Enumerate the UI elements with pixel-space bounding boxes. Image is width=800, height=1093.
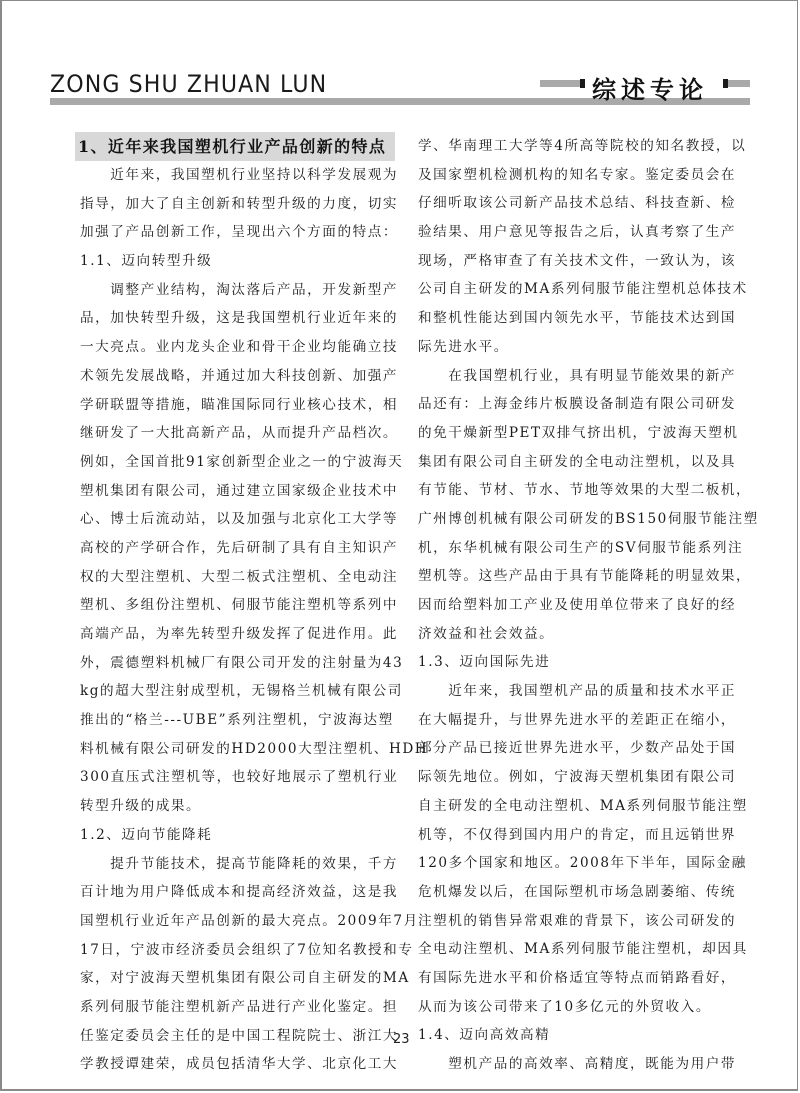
text-line: 有节能、节材、节水、节地等效果的大型二板机，	[418, 476, 740, 505]
text-line: 济效益和社会效益。	[418, 620, 740, 649]
text-line: 家，对宁波海天塑机集团有限公司自主研发的MA	[80, 964, 386, 993]
text-line: 仔细听取该公司新产品技术总结、科技查新、检	[418, 189, 740, 218]
text-line: 国塑机行业近年产品创新的最大亮点。2009年7月	[80, 907, 386, 936]
text-line: 任鉴定委员会主任的是中国工程院院士、浙江大	[80, 1022, 386, 1051]
text-line: 从而为该公司带来了10多亿元的外贸收入。	[418, 993, 740, 1022]
text-line: 120多个国家和地区。2008年下半年，国际金融	[418, 849, 740, 878]
text-line: 权的大型注塑机、大型二板式注塑机、全电动注	[80, 563, 386, 592]
badge-line-right	[728, 80, 750, 87]
running-head-latin: ZONG SHU ZHUAN LUN	[50, 70, 327, 98]
text-line: 品，加快转型升级，这是我国塑机行业近年来的	[80, 304, 386, 333]
text-line: 学教授谭建荣，成员包括清华大学、北京化工大	[80, 1050, 386, 1079]
text-line: 机，东华机械有限公司生产的SV伺服节能系列注	[418, 534, 740, 563]
text-line: 近年来，我国塑机行业坚持以科学发展观为	[80, 161, 386, 190]
column-badge: 综述专论	[540, 74, 790, 98]
text-line: 及国家塑机检测机构的知名专家。鉴定委员会在	[418, 161, 740, 190]
text-line: 外，震德塑料机械厂有限公司开发的注射量为43	[80, 649, 386, 678]
text-line: 术领先发展战略，并通过加大科技创新、加强产	[80, 362, 386, 391]
text-line: 加强了产品创新工作，呈现出六个方面的特点：	[80, 218, 386, 247]
text-line: 心、博士后流动站，以及加强与北京化工大学等	[80, 505, 386, 534]
text-line: 公司自主研发的MA系列伺服节能注塑机总体技术	[418, 275, 740, 304]
text-line: 的免干燥新型PET双排气挤出机，宁波海天塑机	[418, 419, 740, 448]
badge-line-left	[540, 80, 580, 87]
text-line: 在我国塑机行业，具有明显节能效果的新产	[418, 362, 740, 391]
column-name: 综述专论	[592, 70, 708, 105]
text-line: 例如，全国首批91家创新型企业之一的宁波海天	[80, 448, 386, 477]
text-line: 学研联盟等措施，瞄准国际同行业核心技术，相	[80, 391, 386, 420]
right-column: 学、华南理工大学等4所高等院校的知名教授，以及国家塑机检测机构的知名专家。鉴定委…	[418, 132, 740, 1079]
page-number: 23	[393, 1032, 410, 1047]
text-line: 部分产品已接近世界先进水平，少数产品处于国	[418, 734, 740, 763]
text-line: 集团有限公司自主研发的全电动注塑机，以及具	[418, 448, 740, 477]
text-line: 现场，严格审查了有关技术文件，一致认为，该	[418, 247, 740, 276]
text-line: 提升节能技术，提高节能降耗的效果，千方	[80, 850, 386, 879]
text-line: 高校的产学研合作，先后研制了具有自主知识产	[80, 534, 386, 563]
text-line: 1.3、迈向国际先进	[418, 648, 740, 677]
text-line: 1.4、迈向高效高精	[418, 1021, 740, 1050]
text-line: 因而给塑料加工产业及使用单位带来了良好的经	[418, 591, 740, 620]
text-line: 推出的“格兰---UBE”系列注塑机，宁波海达塑	[80, 706, 386, 735]
text-line: 塑机集团有限公司，通过建立国家级企业技术中	[80, 477, 386, 506]
text-line: 全电动注塑机、MA系列伺服节能注塑机，却因具	[418, 935, 740, 964]
text-line: 一大亮点。业内龙头企业和骨干企业均能确立技	[80, 333, 386, 362]
text-line: 继研发了一大批高新产品，从而提升产品档次。	[80, 419, 386, 448]
right-column-body: 学、华南理工大学等4所高等院校的知名教授，以及国家塑机检测机构的知名专家。鉴定委…	[418, 132, 740, 1079]
text-line: 1.2、迈向节能降耗	[80, 821, 386, 850]
text-line: 际先进水平。	[418, 333, 740, 362]
text-line: 塑机等。这些产品由于具有节能降耗的明显效果，	[418, 562, 740, 591]
text-line: 危机爆发以后，在国际塑机市场急剧萎缩、传统	[418, 878, 740, 907]
text-line: 塑机、多组份注塑机、伺服节能注塑机等系列中	[80, 591, 386, 620]
text-line: 机等，不仅得到国内用户的肯定，而且远销世界	[418, 821, 740, 850]
text-line: 自主研发的全电动注塑机、MA系列伺服节能注塑	[418, 792, 740, 821]
section-heading: 1、近年来我国塑机行业产品创新的特点	[75, 132, 395, 161]
text-line: 验结果、用户意见等报告之后，认真考察了生产	[418, 218, 740, 247]
text-line: 百计地为用户降低成本和提高经济效益，这是我	[80, 878, 386, 907]
text-line: 际领先地位。例如，宁波海天塑机集团有限公司	[418, 763, 740, 792]
text-line: 1.1、迈向转型升级	[80, 247, 386, 276]
text-line: 有国际先进水平和价格适宜等特点而销路看好，	[418, 964, 740, 993]
text-line: 转型升级的成果。	[80, 792, 386, 821]
text-line: 调整产业结构，淘汰落后产品，开发新型产	[80, 276, 386, 305]
text-line: 17日，宁波市经济委员会组织了7位知名教授和专	[80, 936, 386, 965]
text-line: 注塑机的销售异常艰难的背景下，该公司研发的	[418, 907, 740, 936]
text-line: 料机械有限公司研发的HD2000大型注塑机、HDH	[80, 735, 386, 764]
left-column: 1、近年来我国塑机行业产品创新的特点 近年来，我国塑机行业坚持以科学发展观为指导…	[80, 132, 386, 1079]
text-line: kg的超大型注射成型机，无锡格兰机械有限公司	[80, 677, 386, 706]
text-line: 300直压式注塑机等，也较好地展示了塑机行业	[80, 763, 386, 792]
text-line: 高端产品，为率先转型升级发挥了促进作用。此	[80, 620, 386, 649]
text-line: 塑机产品的高效率、高精度，既能为用户带	[418, 1050, 740, 1079]
text-line: 广州博创机械有限公司研发的BS150伺服节能注塑	[418, 505, 740, 534]
badge-square-left	[580, 79, 585, 88]
text-line: 品还有：上海金纬片板膜设备制造有限公司研发	[418, 390, 740, 419]
text-line: 系列伺服节能注塑机新产品进行产业化鉴定。担	[80, 993, 386, 1022]
text-line: 指导，加大了自主创新和转型升级的力度，切实	[80, 190, 386, 219]
text-line: 近年来，我国塑机产品的质量和技术水平正	[418, 677, 740, 706]
left-column-body: 近年来，我国塑机行业坚持以科学发展观为指导，加大了自主创新和转型升级的力度，切实…	[80, 161, 386, 1079]
text-line: 和整机性能达到国内领先水平，节能技术达到国	[418, 304, 740, 333]
text-line: 学、华南理工大学等4所高等院校的知名教授，以	[418, 132, 740, 161]
text-line: 在大幅提升，与世界先进水平的差距正在缩小，	[418, 706, 740, 735]
